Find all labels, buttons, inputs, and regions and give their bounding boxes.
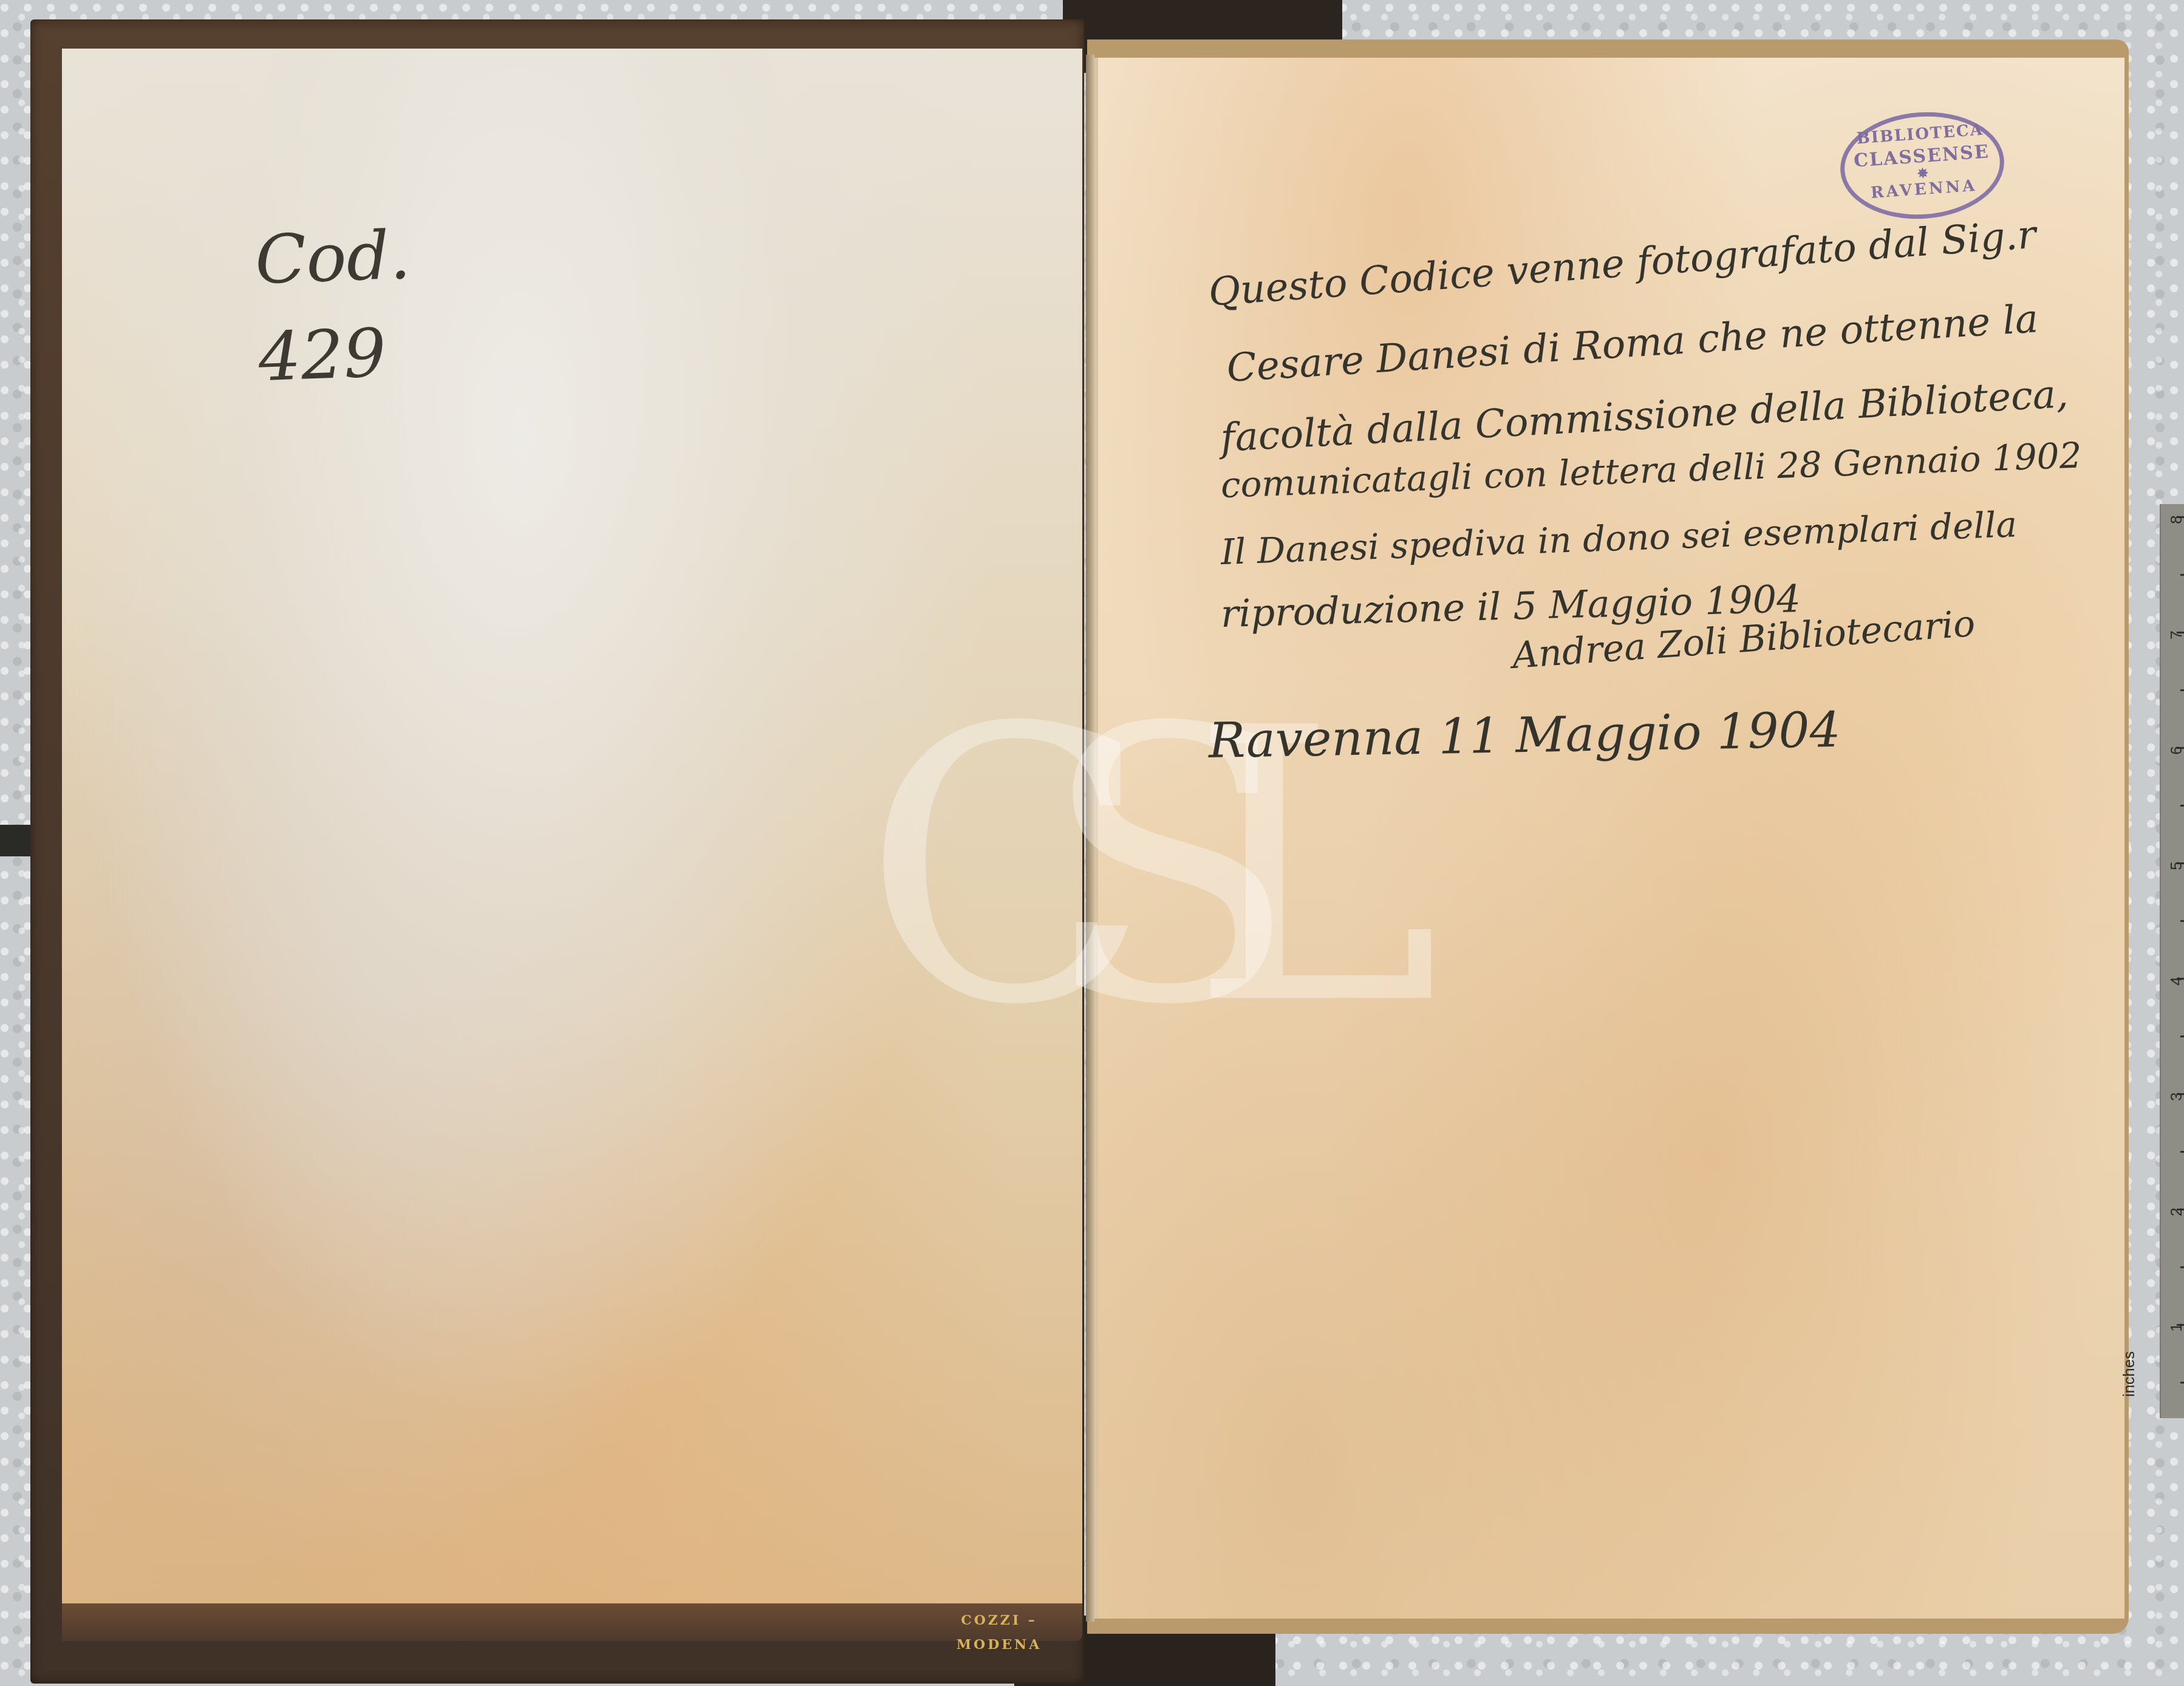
book-gutter bbox=[1086, 55, 1094, 1622]
backdrop-dark-tab bbox=[0, 825, 33, 856]
ruler-mark: 5 bbox=[2166, 861, 2184, 870]
place-and-date: Ravenna 11 Maggio 1904 bbox=[1208, 706, 1841, 765]
ruler-mark: 1 bbox=[2166, 1323, 2184, 1331]
front-pastedown bbox=[62, 49, 1082, 1603]
ruler-mark: 3 bbox=[2166, 1092, 2184, 1101]
ruler-mark: 2 bbox=[2166, 1207, 2184, 1216]
binder-stamp: COZZI – MODENA bbox=[923, 1608, 1075, 1633]
ruler-mark: 4 bbox=[2166, 977, 2184, 985]
measurement-ruler: 8 7 6 5 4 3 2 1 bbox=[2160, 504, 2184, 1418]
shelfmark-annotation: Cod. 429 bbox=[253, 202, 548, 309]
ruler-mark: 8 bbox=[2166, 515, 2184, 524]
ruler-mark: 7 bbox=[2166, 630, 2184, 639]
ruler-mark: 6 bbox=[2166, 746, 2184, 754]
ruler-unit-label: inches bbox=[2120, 1373, 2180, 1397]
